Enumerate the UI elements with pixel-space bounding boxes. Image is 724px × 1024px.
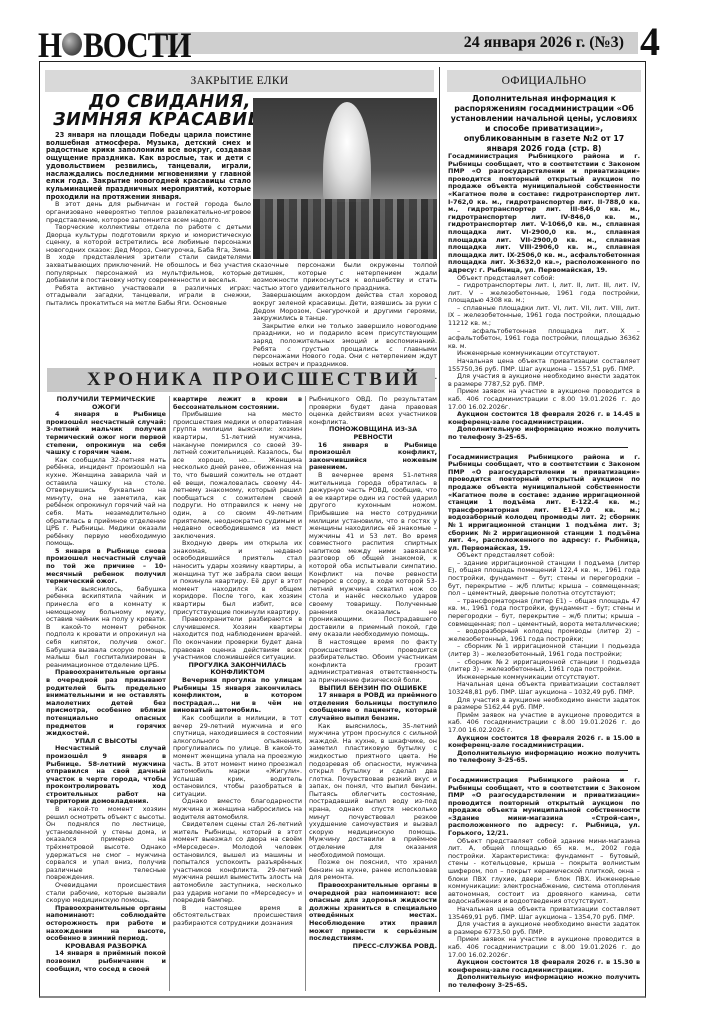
article-paragraph: сказочные персонажи были окружены толпой… bbox=[253, 262, 437, 292]
crowd-image bbox=[253, 199, 437, 259]
paragraph: – сборник №2 ирригационной станции I под… bbox=[448, 659, 640, 674]
paragraph: Для участия в аукционе необходимо внести… bbox=[448, 373, 640, 388]
chronicle-col3: Рыбницкого ОВД. По результатам проверки … bbox=[309, 396, 437, 950]
paragraph: Позже он пояснил, что хранил бензин на к… bbox=[309, 859, 437, 882]
issue-date: 24 января 2026 г. (№3) bbox=[464, 32, 624, 54]
article-body-col1: 23 января на площади Победы царила поист… bbox=[46, 132, 251, 308]
paragraph: Как сообщила 32-летняя мать ребёнка, инц… bbox=[46, 457, 166, 548]
chronicle-col1: ПОЛУЧИЛИ ТЕРМИЧЕСКИЕ ОЖОГИ4 января в Рыб… bbox=[46, 396, 166, 973]
paragraph: Приём заявок на участие в аукционе прово… bbox=[448, 712, 640, 735]
paragraph: Правоохранители разбираются в случившемс… bbox=[173, 616, 302, 662]
logo-letter: Н bbox=[38, 25, 61, 65]
paragraph: Рыбницкого ОВД. По результатам проверки … bbox=[309, 396, 437, 426]
paragraph: 4 января в Рыбнице произошёл несчастный … bbox=[46, 411, 166, 457]
paragraph: – асфальтобетонная площадка лит. X – асф… bbox=[448, 328, 640, 351]
masthead: 24 января 2026 г. (№3) НВОСТИ 4 bbox=[38, 28, 688, 58]
paragraph: квартире лежит в крови в бессознательном… bbox=[173, 396, 302, 411]
paragraph: Вечерняя прогулка по улицам Рыбницы 15 я… bbox=[173, 677, 302, 715]
paragraph: Аукцион состоится 18 февраля 2026 г. в 1… bbox=[448, 735, 640, 750]
official-notice: Госадминистрация Рыбницкого района и г. … bbox=[448, 777, 640, 990]
paragraph: Объект представляет собой здание мини-ма… bbox=[448, 838, 640, 906]
paragraph: В вечернее время 51-летняя жительница го… bbox=[309, 472, 437, 639]
paragraph: – трансформаторная (литер Е1) – общая пл… bbox=[448, 598, 640, 628]
page-number: 4 bbox=[640, 22, 660, 62]
column-divider bbox=[305, 396, 306, 991]
official-notice: Госадминистрация Рыбницкого района и г. … bbox=[448, 153, 640, 442]
column-divider bbox=[439, 67, 440, 992]
paragraph: 14 января в приёмный покой позвонил рыбн… bbox=[46, 950, 166, 973]
logo-text: ВОСТИ bbox=[83, 25, 190, 65]
paragraph: Правоохранительные органы в очередной ра… bbox=[309, 882, 437, 943]
masthead-bar: 24 января 2026 г. (№3) bbox=[155, 32, 638, 54]
article-paragraph: Творческие коллективы отдела по работе с… bbox=[46, 224, 251, 285]
paragraph: – водоразборный колодец промводы (литер … bbox=[448, 628, 640, 643]
paragraph: Прием заявок на участие в аукционе прово… bbox=[448, 936, 640, 959]
paragraph: Начальная цена объекта приватизации сост… bbox=[448, 358, 640, 373]
rubric-closing-tree: ЗАКРЫТИЕ ЕЛКИ bbox=[45, 70, 434, 92]
paragraph: Очевидцами происшествия стали рабочие, к… bbox=[46, 882, 166, 905]
paragraph: – гидротранспортеры лит. I, лит. II, лит… bbox=[448, 282, 640, 305]
newspaper-logo: НВОСТИ bbox=[38, 28, 190, 63]
chronicle-col2: квартире лежит в крови в бессознательном… bbox=[173, 396, 302, 928]
official-title: Дополнительная информация к распоряжения… bbox=[448, 94, 640, 154]
paragraph: Как сообщили в милиции, в тот вечер 29-л… bbox=[173, 715, 302, 799]
official-notice: Госадминистрация Рыбницкого района и г. … bbox=[448, 454, 640, 765]
paragraph: 5 января в Рыбнице снова произошел несча… bbox=[46, 548, 166, 586]
article-photo-christmas-tree bbox=[253, 98, 437, 259]
paragraph: Дополнительную информацию можно получить… bbox=[448, 750, 640, 765]
paragraph: Правоохранительные органы напоминают: со… bbox=[46, 905, 166, 943]
notice-divider bbox=[460, 770, 628, 771]
official-notices: Госадминистрация Рыбницкого района и г. … bbox=[448, 153, 640, 990]
paragraph: Госадминистрация Рыбницкого района и г. … bbox=[448, 153, 640, 275]
paragraph: Аукцион состоится 18 февраля 2026 г. в 1… bbox=[448, 411, 640, 426]
article-paragraph: Завершающим аккордом действа стал хорово… bbox=[253, 292, 437, 322]
paragraph: Госадминистрация Рыбницкого района и г. … bbox=[448, 777, 640, 838]
paragraph: В настоящее время по факту происшествия … bbox=[309, 639, 437, 685]
signature: ПРЕСС-СЛУЖБА РОВД. bbox=[309, 943, 437, 951]
subheading: ПРОГУЛКА ЗАКОНЧИЛАСЬ КОНФЛИКТОМ bbox=[173, 662, 302, 677]
paragraph: Прием заявок на участие в аукционе прово… bbox=[448, 388, 640, 411]
article-paragraph: Закрытие елки не только завершило нового… bbox=[253, 323, 437, 369]
subheading: ПОЛУЧИЛИ ТЕРМИЧЕСКИЕ ОЖОГИ bbox=[46, 396, 166, 411]
paragraph: Госадминистрация Рыбницкого района и г. … bbox=[448, 454, 640, 553]
paragraph: В какой-то момент хозяин решил осмотреть… bbox=[46, 806, 166, 882]
tree-image bbox=[323, 102, 371, 202]
section-title-chronicle: ХРОНИКА ПРОИСШЕСТВИЙ bbox=[47, 368, 435, 392]
paragraph: Прибывшие на место происшествия медики и… bbox=[173, 411, 302, 540]
article-paragraph: Ребята активно участвовали в различных и… bbox=[46, 285, 251, 308]
paragraph: – здание ирригационной станции I подъема… bbox=[448, 560, 640, 598]
subheading: ПОНОЖОВЩИНА ИЗ-ЗА РЕВНОСТИ bbox=[309, 426, 437, 441]
paragraph: Начальная цена объекта приватизации сост… bbox=[448, 906, 640, 921]
article-body-col2: сказочные персонажи были окружены толпой… bbox=[253, 262, 437, 382]
globe-icon bbox=[62, 33, 82, 56]
column-divider bbox=[169, 396, 170, 991]
paragraph: 16 января в Рыбнице произошёл конфликт, … bbox=[309, 442, 437, 472]
notice-divider bbox=[460, 447, 628, 448]
paragraph: Однако вместо благодарности мужчина и же… bbox=[173, 798, 302, 821]
paragraph: Для участия в аукционе необходимо внести… bbox=[448, 921, 640, 936]
paragraph: Начальная цена объекта приватизации сост… bbox=[448, 681, 640, 696]
paragraph: Несчастный случай произошёл 9 января в Р… bbox=[46, 745, 166, 806]
paragraph: 17 января в РОВД из приёмного отделения … bbox=[309, 692, 437, 722]
rubric-official: ОФИЦИАЛЬНО bbox=[447, 70, 641, 92]
paragraph: Аукцион состоится 18 февраля 2026 г. в 1… bbox=[448, 959, 640, 974]
paragraph: – сплавные площадки лит. VI, лит. VII, л… bbox=[448, 305, 640, 328]
paragraph: – сборник №1 ирригационной станции I под… bbox=[448, 643, 640, 658]
paragraph: Для участия в аукционе необходимо внести… bbox=[448, 697, 640, 712]
paragraph: Правоохранительные органы в очередной ра… bbox=[46, 669, 166, 737]
article-lead: 23 января на площади Победы царила поист… bbox=[46, 132, 251, 201]
paragraph: Свидетелем сцены стал 26-летний житель Р… bbox=[173, 821, 302, 905]
paragraph: Входную дверь им открыла их знакомая, и … bbox=[173, 540, 302, 616]
paragraph: Дополнительную информацию можно получить… bbox=[448, 426, 640, 441]
paragraph: Как выяснилось, бабушка ребенка вскипяти… bbox=[46, 586, 166, 670]
paragraph: В настоящее время в обстоятельствах прои… bbox=[173, 905, 302, 928]
paragraph: Как выяснилось, 35-летний мужчина утром … bbox=[309, 723, 437, 860]
paragraph: Дополнительную информацию можно получить… bbox=[448, 974, 640, 989]
article-paragraph: В этот день для рыбничан и гостей города… bbox=[46, 201, 251, 224]
